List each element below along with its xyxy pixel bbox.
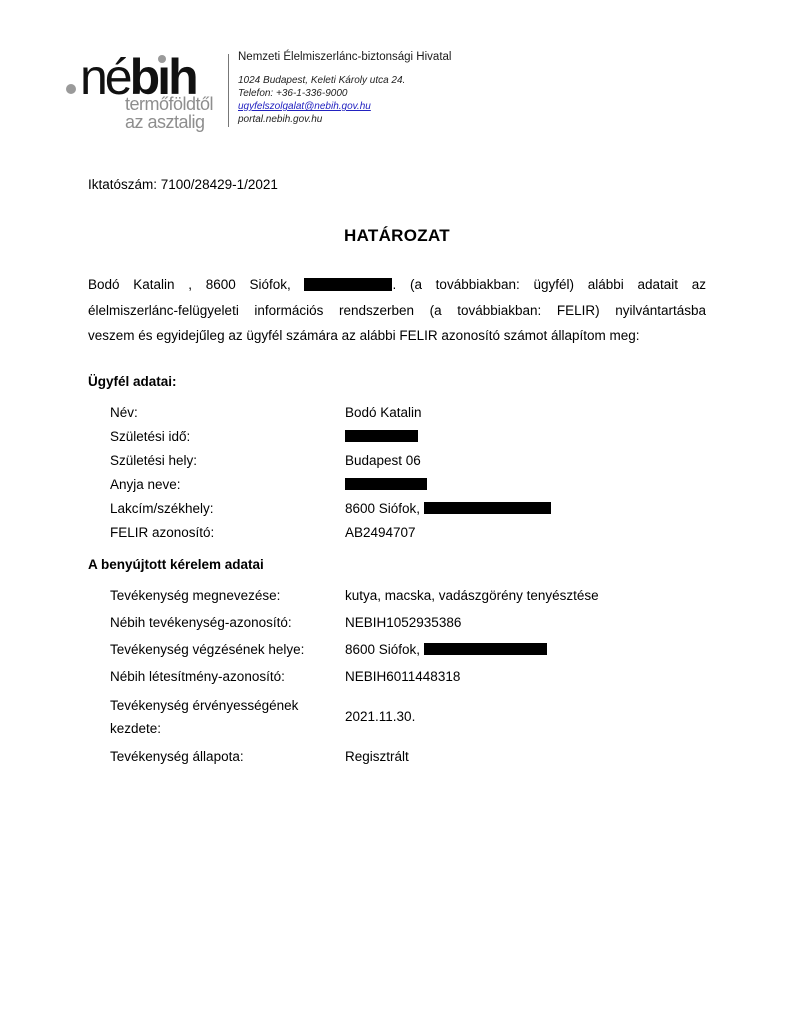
tagline-line1: termőföldtől <box>125 96 213 114</box>
table-row: Tevékenység érvényességének kezdete: 202… <box>110 690 710 743</box>
table-row: FELIR azonosító: AB2494707 <box>110 521 710 545</box>
field-label: Anyja neve: <box>110 473 345 497</box>
field-label: FELIR azonosító: <box>110 521 345 545</box>
body-line-3: veszem és egyidejűleg az ügyfél számára … <box>88 323 706 349</box>
field-value: Bodó Katalin <box>345 401 710 425</box>
table-row: Tevékenység végzésének helye: 8600 Siófo… <box>110 636 710 663</box>
document-title: HATÁROZAT <box>88 226 706 246</box>
field-label: Születési idő: <box>110 425 345 449</box>
field-label: Tevékenység megnevezése: <box>110 582 345 609</box>
field-label: Nébih létesítmény-azonosító: <box>110 663 345 690</box>
redaction-box <box>424 643 547 655</box>
field-value: 8600 Siófok, <box>345 636 710 663</box>
organization-name: Nemzeti Élelmiszerlánc-biztonsági Hivata… <box>238 51 451 63</box>
org-website: portal.nebih.gov.hu <box>238 113 451 126</box>
table-row: Tevékenység megnevezése: kutya, macska, … <box>110 582 710 609</box>
field-value: 8600 Siófok, <box>345 497 710 521</box>
field-label: Név: <box>110 401 345 425</box>
table-row: Anyja neve: <box>110 473 710 497</box>
redaction-box <box>345 430 418 442</box>
logo-dot-icon <box>66 84 76 94</box>
document-page: nébıh termőföldtől az asztalig Nemzeti É… <box>0 0 792 1024</box>
org-phone: Telefon: +36-1-336-9000 <box>238 87 451 100</box>
table-row: Lakcím/székhely: 8600 Siófok, <box>110 497 710 521</box>
body-line-2: élelmiszerlánc-felügyeleti információs r… <box>88 298 706 324</box>
field-label: Tevékenység végzésének helye: <box>110 636 345 663</box>
redaction-box <box>424 502 551 514</box>
table-row: Tevékenység állapota: Regisztrált <box>110 743 710 770</box>
letterhead-contact-block: Nemzeti Élelmiszerlánc-biztonsági Hivata… <box>238 51 451 126</box>
field-label: Nébih tevékenység-azonosító: <box>110 609 345 636</box>
org-address: 1024 Budapest, Keleti Károly utca 24. <box>238 74 451 87</box>
redaction-box <box>345 478 427 490</box>
field-value: Regisztrált <box>345 743 710 770</box>
body-line-1: Bodó Katalin , 8600 Siófok, . (a további… <box>88 272 706 298</box>
reference-number: Iktatószám: 7100/28429-1/2021 <box>88 177 278 192</box>
logo-text-light: né <box>80 49 130 105</box>
field-value: AB2494707 <box>345 521 710 545</box>
field-label: Lakcím/székhely: <box>110 497 345 521</box>
field-label: Tevékenység érvényességének kezdete: <box>110 690 345 743</box>
field-value <box>345 425 710 449</box>
request-data-rows: Tevékenység megnevezése: kutya, macska, … <box>110 582 710 770</box>
field-label: Tevékenység állapota: <box>110 743 345 770</box>
body-paragraph: Bodó Katalin , 8600 Siófok, . (a további… <box>88 272 706 349</box>
field-value <box>345 473 710 497</box>
field-value: NEBIH1052935386 <box>345 609 710 636</box>
table-row: Születési idő: <box>110 425 710 449</box>
field-value: 2021.11.30. <box>345 705 710 728</box>
field-value: NEBIH6011448318 <box>345 663 710 690</box>
request-section-heading: A benyújtott kérelem adatai <box>88 557 264 572</box>
table-row: Nébih tevékenység-azonosító: NEBIH105293… <box>110 609 710 636</box>
client-data-rows: Név: Bodó Katalin Születési idő: Születé… <box>110 401 710 545</box>
table-row: Nébih létesítmény-azonosító: NEBIH601144… <box>110 663 710 690</box>
redaction-box <box>304 278 392 291</box>
field-label: Születési hely: <box>110 449 345 473</box>
field-value: Budapest 06 <box>345 449 710 473</box>
header-divider <box>228 54 229 127</box>
table-row: Születési hely: Budapest 06 <box>110 449 710 473</box>
client-section-heading: Ügyfél adatai: <box>88 374 177 389</box>
org-email-link[interactable]: ugyfelszolgalat@nebih.gov.hu <box>238 101 371 112</box>
logo-tagline: termőföldtől az asztalig <box>125 96 213 131</box>
table-row: Név: Bodó Katalin <box>110 401 710 425</box>
tagline-line2: az asztalig <box>125 114 213 132</box>
field-value: kutya, macska, vadászgörény tenyésztése <box>345 582 710 609</box>
